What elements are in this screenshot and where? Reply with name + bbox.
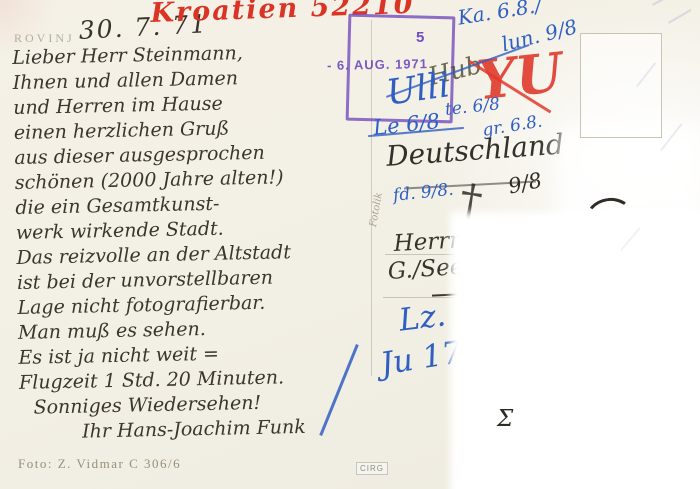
pencil-streak [652, 0, 683, 6]
postcard-scan: ROVINJ 30. 7. 71 Kroatien 52210 Lieber H… [0, 0, 700, 489]
pencil-streak [668, 9, 692, 24]
photo-credit: Foto: Z. Vidmar C 306/6 [18, 456, 181, 472]
annotation-sigma: Σ [497, 406, 513, 432]
white-scan-overlay [450, 212, 700, 489]
publisher-badge: CIRG [356, 462, 388, 475]
annotation-black-98: 9/8 [506, 168, 544, 199]
annotation-blue-te: te. 6/8 [444, 94, 501, 120]
location-imprint: ROVINJ [14, 31, 75, 46]
postmark-code: 5 [416, 29, 424, 46]
stamp-placement-box [580, 33, 662, 138]
